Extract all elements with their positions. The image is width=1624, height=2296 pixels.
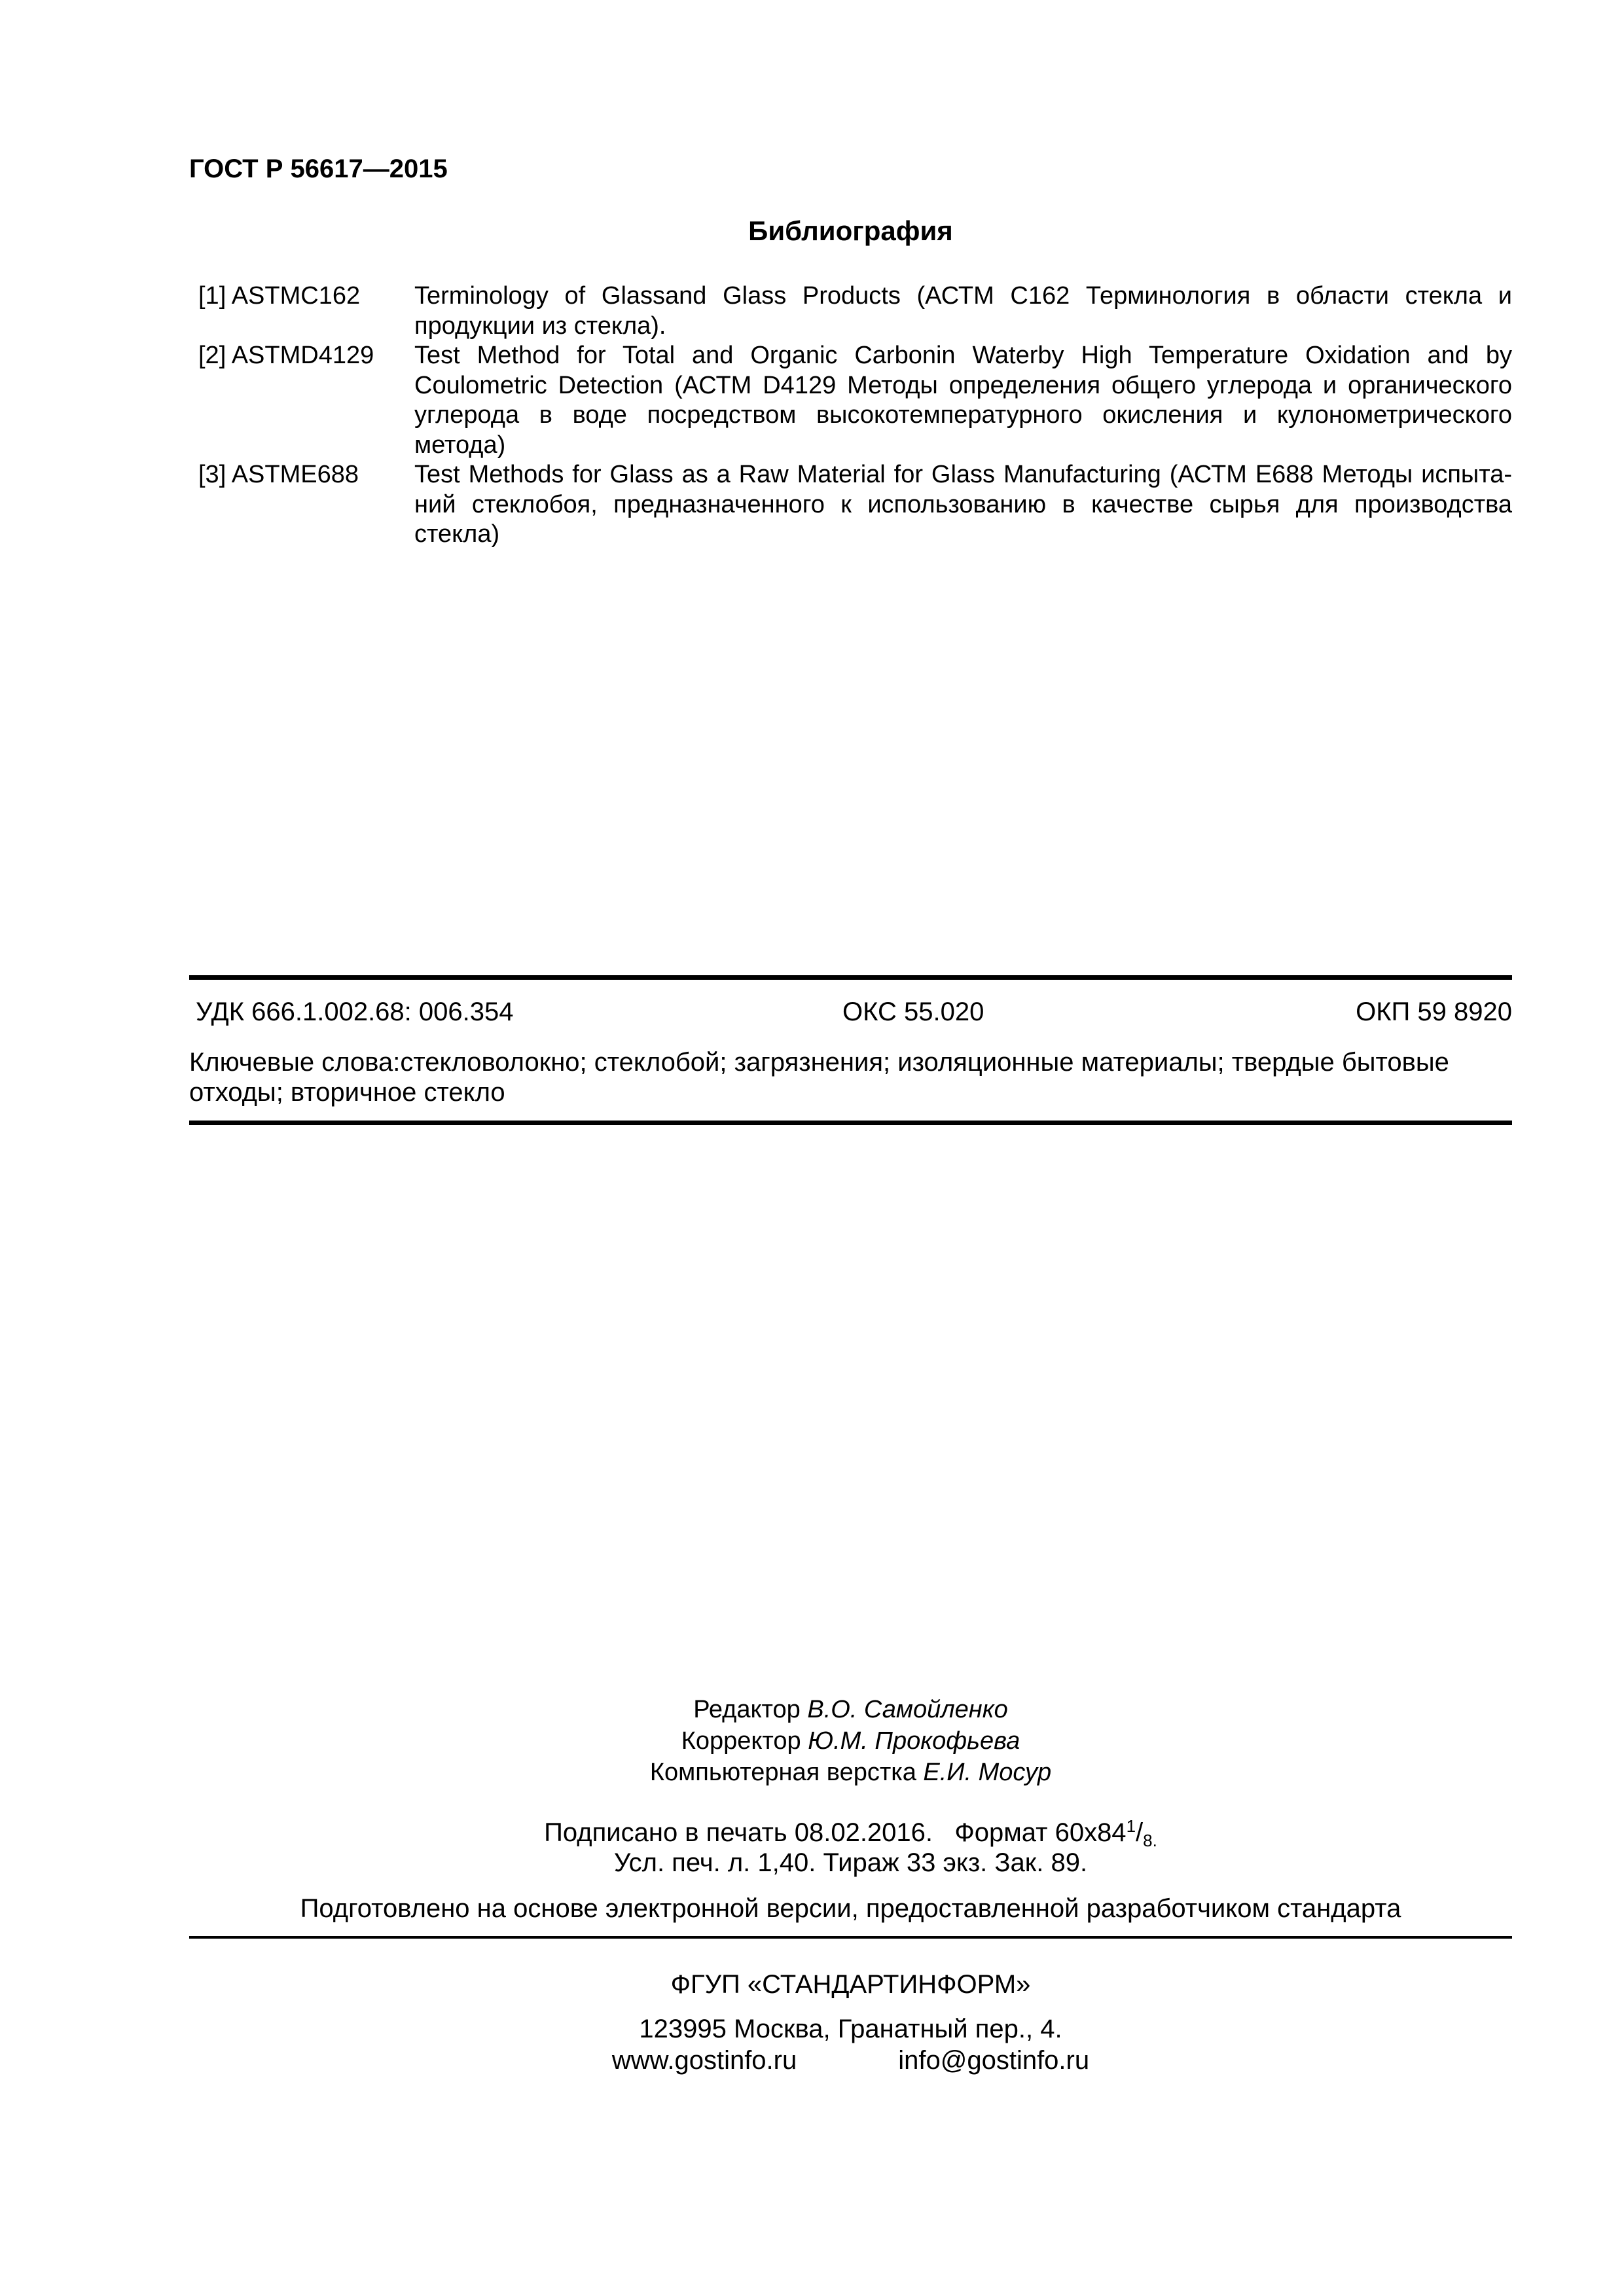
bibliography-entry: [3] ASTME688 Test Methods for Glass as a… bbox=[189, 460, 1512, 550]
bibliography-entry-line: Coulometric Detection (АСТМ D4129 Методы… bbox=[414, 371, 1512, 401]
credit-line: Компьютерная верстка Е.И. Мосур bbox=[189, 1757, 1512, 1788]
horizontal-rule-bottom bbox=[189, 1121, 1512, 1125]
udk-code: УДК 666.1.002.68: 006.354 bbox=[196, 997, 514, 1026]
bibliography-entry-line: продукции из стекла). bbox=[414, 312, 1512, 342]
bibliography-entry-label: [1] ASTMC162 bbox=[189, 281, 414, 341]
oks-code: ОКС 55.020 bbox=[842, 997, 984, 1026]
bibliography-entry-text: Test Method for Total and Organic Carbon… bbox=[414, 341, 1512, 460]
bibliography-entry-line: стекла) bbox=[414, 520, 1512, 550]
bibliography-entry-label: [3] ASTME688 bbox=[189, 460, 414, 550]
bibliography-entry: [1] ASTMC162 Terminology of Glassand Gla… bbox=[189, 281, 1512, 341]
credits-block: Редактор В.О. Самойленко Корректор Ю.М. … bbox=[189, 1694, 1512, 1788]
publisher-links: www.gostinfo.ru info@gostinfo.ru bbox=[189, 2046, 1512, 2075]
footer-rule bbox=[189, 1936, 1512, 1939]
publisher-name: ФГУП «СТАНДАРТИНФОРМ» bbox=[189, 1970, 1512, 1999]
bibliography-entry-line: углерода в воде посредством высокотемпер… bbox=[414, 401, 1512, 431]
keywords: Ключевые слова:стекловолокно; стеклобой;… bbox=[189, 1047, 1512, 1107]
page-title: Библиография bbox=[189, 216, 1512, 246]
credit-role: Корректор bbox=[681, 1727, 808, 1755]
bibliography-entry-line: ний стеклобоя, предназначенного к исполь… bbox=[414, 490, 1512, 520]
bibliography-entry-line: метода) bbox=[414, 431, 1512, 461]
horizontal-rule-top bbox=[189, 975, 1512, 980]
publisher-email: info@gostinfo.ru bbox=[898, 2046, 1089, 2075]
bibliography-entry-text: Test Methods for Glass as a Raw Material… bbox=[414, 460, 1512, 550]
bibliography-entry-line: Terminology of Glassand Glass Products (… bbox=[414, 281, 1512, 312]
bibliography-entry-label: [2] ASTMD4129 bbox=[189, 341, 414, 460]
credit-name: Е.И. Мосур bbox=[923, 1759, 1051, 1786]
bibliography-entry-text: Terminology of Glassand Glass Products (… bbox=[414, 281, 1512, 341]
bibliography-entry-line: Test Method for Total and Organic Carbon… bbox=[414, 341, 1512, 371]
format-fraction-denominator: 8. bbox=[1143, 1831, 1157, 1850]
format-fraction-slash: / bbox=[1136, 1818, 1143, 1847]
imprint-line-2: Усл. печ. л. 1,40. Тираж 33 экз. Зак. 89… bbox=[189, 1848, 1512, 1877]
prepared-note: Подготовлено на основе электронной верси… bbox=[189, 1894, 1512, 1923]
imprint-line-1: Подписано в печать 08.02.2016. Формат 60… bbox=[189, 1817, 1512, 1850]
publisher-website: www.gostinfo.ru bbox=[612, 2046, 797, 2075]
okp-code: ОКП 59 8920 bbox=[1356, 997, 1512, 1026]
credit-role: Редактор bbox=[693, 1696, 807, 1723]
bibliography-entry: [2] ASTMD4129 Test Method for Total and … bbox=[189, 341, 1512, 460]
keywords-line: Ключевые слова:стекловолокно; стеклобой;… bbox=[189, 1047, 1512, 1077]
credit-role: Компьютерная верстка bbox=[650, 1759, 924, 1786]
bibliography-entry-line: Test Methods for Glass as a Raw Material… bbox=[414, 460, 1512, 490]
credit-line: Корректор Ю.М. Прокофьева bbox=[189, 1725, 1512, 1757]
format-fraction-numerator: 1 bbox=[1127, 1816, 1136, 1836]
credit-name: Ю.М. Прокофьева bbox=[808, 1727, 1020, 1755]
imprint-main: Подписано в печать 08.02.2016. Формат 60… bbox=[544, 1818, 1126, 1847]
doc-code: ГОСТ Р 56617—2015 bbox=[189, 154, 1512, 183]
credit-line: Редактор В.О. Самойленко bbox=[189, 1694, 1512, 1725]
document-page: ГОСТ Р 56617—2015 Библиография [1] ASTMC… bbox=[0, 0, 1624, 2296]
keywords-line: отходы; вторичное стекло bbox=[189, 1077, 1512, 1107]
credit-name: В.О. Самойленко bbox=[807, 1696, 1007, 1723]
bibliography-list: [1] ASTMC162 Terminology of Glassand Gla… bbox=[189, 281, 1512, 550]
publisher-address: 123995 Москва, Гранатный пер., 4. bbox=[189, 2015, 1512, 2043]
